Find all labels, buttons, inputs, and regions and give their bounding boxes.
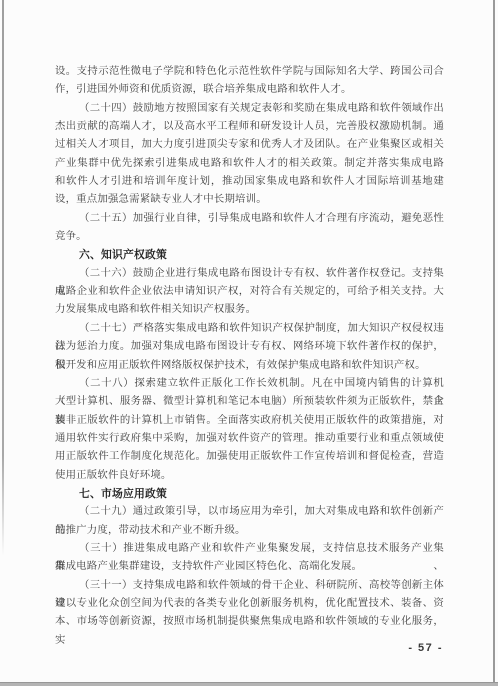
text-line: 装非正版软件的计算机上市销售。全面落实政府机关使用正版软件的政策措施，对: [55, 412, 444, 430]
page-left-edge-line: [2, 0, 4, 556]
text-line: 作，引进国外师资和优质资源，联合培养集成电路和软件人才。: [55, 81, 444, 99]
text-line: （三十一）支持集成电路和软件领域的骨干企业、科研院所、高校等创新主体建: [55, 577, 444, 595]
text-line: 设以专业化众创空间为代表的各类专业化创新服务机构，优化配置技术、装备、资: [55, 595, 444, 613]
text-line: （二十九）通过政策引导，以市场应用为牵引，加大对集成电路和软件创新产品: [55, 503, 444, 521]
text-line: 设。支持示范性微电子学院和特色化示范性软件学院与国际知名大学、跨国公司合: [55, 63, 444, 81]
text-line: （二十七）严格落实集成电路和软件知识产权保护制度，加大知识产权侵权违法: [55, 320, 444, 338]
scan-bottom-strip: [0, 682, 498, 686]
text-line: （二十四）鼓励地方按照国家有关规定表彰和奖励在集成电路和软件领域作出: [55, 100, 444, 118]
page-number: - 57 -: [408, 642, 443, 654]
text-line: （二十八）探索建立软件正版化工作长效机制。凡在中国境内销售的计算机（含: [55, 375, 444, 393]
text-line: 的推广力度，带动技术和产业不断升级。: [55, 522, 444, 540]
scanned-page: 设。支持示范性微电子学院和特色化示范性软件学院与国际知名大学、跨国公司合作，引进…: [0, 0, 498, 686]
text-line: 和软件人才引进和培训年度计划，推动国家集成电路和软件人才国际培训基地建: [55, 173, 444, 191]
text-line: 力发展集成电路和软件相关知识产权服务。: [55, 301, 444, 319]
text-line: 产业集群中优先探索引进集成电路和软件人才的相关政策。制定并落实集成电路: [55, 155, 444, 173]
page-right-edge-line: [493, 0, 495, 683]
text-line: 通用软件实行政府集中采购，加强对软件资产的管理。推动重要行业和重点领域使: [55, 430, 444, 448]
section-heading: 七、市场应用政策: [55, 485, 444, 503]
text-line: 使用正版软件良好环境。: [55, 467, 444, 485]
document-body: 设。支持示范性微电子学院和特色化示范性软件学院与国际知名大学、跨国公司合作，引进…: [55, 63, 444, 632]
text-line: 杰出贡献的高端人才，以及高水平工程师和研发设计人员，完善股权激励机制。通: [55, 118, 444, 136]
section-heading: 六、知识产权政策: [55, 246, 444, 264]
text-line: 电路企业和软件企业依法申请知识产权，对符合有关规定的，可给予相关支持。大: [55, 283, 444, 301]
text-line: 极开发和应用正版软件网络版权保护技术，有效保护集成电路和软件知识产权。: [55, 357, 444, 375]
text-line: 大型计算机、服务器、微型计算机和笔记本电脑）所预装软件须为正版软件，禁止预: [55, 393, 444, 411]
text-line: 本、市场等创新资源，按照市场机制提供聚焦集成电路和软件领域的专业化服务，实: [55, 613, 444, 631]
text-line: （三十）推进集成电路产业和软件产业集聚发展，支持信息技术服务产业集群、: [55, 540, 444, 558]
text-line: 用正版软件工作制度化规范化。加强使用正版软件工作宣传培训和督促检查，营造: [55, 448, 444, 466]
text-line: 竞争。: [55, 228, 444, 246]
text-line: 设，重点加强急需紧缺专业人才中长期培训。: [55, 191, 444, 209]
text-line: （二十六）鼓励企业进行集成电路布图设计专有权、软件著作权登记。支持集成: [55, 265, 444, 283]
text-line: 行为惩治力度。加强对集成电路布图设计专有权、网络环境下软件著作权的保护，积: [55, 338, 444, 356]
text-line: 过相关人才项目，加大力度引进顶尖专家和优秀人才及团队。在产业集聚区或相关: [55, 136, 444, 154]
text-line: （二十五）加强行业自律，引导集成电路和软件人才合理有序流动，避免恶性: [55, 210, 444, 228]
